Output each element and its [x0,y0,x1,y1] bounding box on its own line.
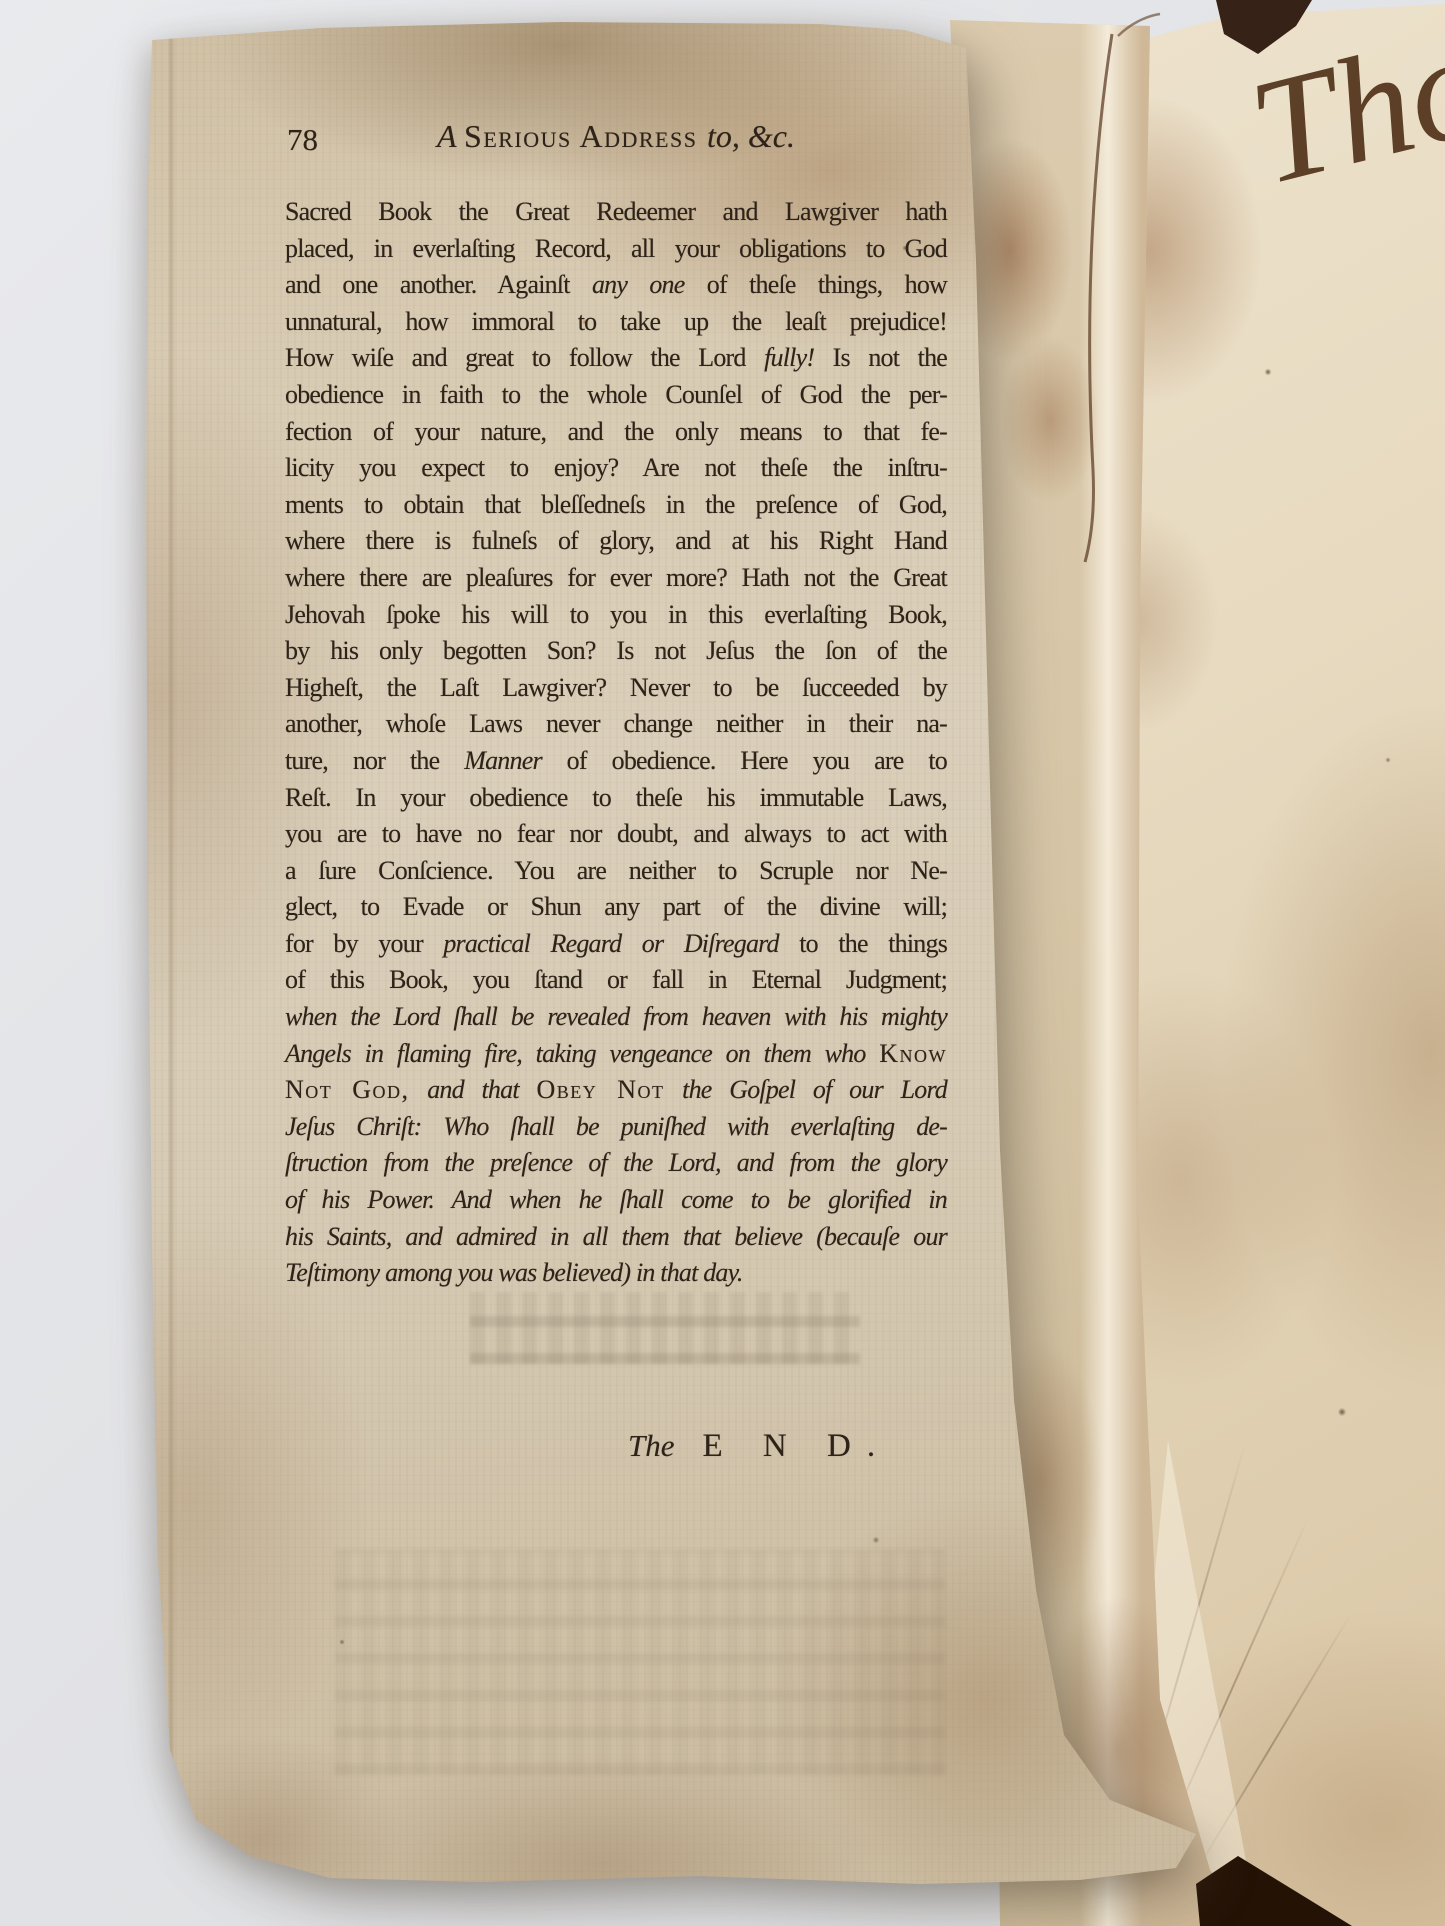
text-line: a ſure Conſcience. You are neither to Sc… [285,853,947,890]
text-segment: any one [592,270,685,299]
text-segment: practical Regard or Diſregard [443,929,778,958]
text-segment: where there are pleaſures for ever more?… [285,563,947,592]
text-segment: Serious Address [464,118,707,154]
text-segment: when the Lord ſhall be revealed from hea… [285,1002,947,1031]
text-segment: A [437,118,464,154]
text-segment: Know [879,1039,947,1068]
finis-the: The [628,1428,675,1464]
text-segment: fully! [764,343,814,372]
text-segment: to, &c. [707,118,795,154]
finis-end: E N D. [703,1428,892,1465]
text-line: for by your practical Regard or Diſregar… [285,926,947,963]
page-header: 78 A Serious Address to, &c. [285,118,947,162]
text-line: licity you expect to enjoy? Are not theſ… [285,450,947,487]
text-segment: Not God, [285,1075,410,1104]
text-segment: the Goſpel of our Lord [664,1075,947,1104]
text-segment: licity you expect to enjoy? Are not theſ… [285,453,947,482]
text-line: of this Book, you ſtand or fall in Etern… [285,962,947,999]
show-through-text [470,1292,860,1364]
text-segment: his Saints, and admired in all them that… [285,1222,947,1251]
show-through-text [335,1550,945,1775]
text-line: of his Power. And when he ſhall come to … [285,1182,947,1219]
text-line: his Saints, and admired in all them that… [285,1219,947,1256]
text-segment: Is not the [814,343,947,372]
text-segment: where there is fulneſs of glory, and at … [285,526,947,555]
text-line: glect, to Evade or Shun any part of the … [285,889,947,926]
text-segment: ſtruction from the preſence of the Lord,… [285,1148,947,1177]
text-line: Teſtimony among you was believed) in tha… [285,1255,947,1292]
text-segment: obedience in faith to the whole Counſel … [285,380,947,409]
text-line: placed, in everlaſting Record, all your … [285,231,947,268]
text-line: ments to obtain that bleſſedneſs in the … [285,487,947,524]
text-line: by his only begotten Son? Is not Jeſus t… [285,633,947,670]
book-page: 78 A Serious Address to, &c. Sacred Book… [0,0,1445,1926]
text-segment: ments to obtain that bleſſedneſs in the … [285,490,947,519]
text-segment: Sacred Book the Great Redeemer and Lawgi… [285,197,947,226]
text-segment: of obedience. Here you are to [542,746,947,775]
body-text: Sacred Book the Great Redeemer and Lawgi… [285,194,947,1292]
text-line: obedience in faith to the whole Counſel … [285,377,947,414]
text-segment: and one another. Againſt [285,270,592,299]
text-segment: you are to have no fear nor doubt, and a… [285,819,947,848]
text-line: Not God, and that Obey Not the Goſpel of… [285,1072,947,1109]
text-segment: for by your [285,929,443,958]
text-segment: by his only begotten Son? Is not Jeſus t… [285,636,947,665]
text-line: ſtruction from the preſence of the Lord,… [285,1145,947,1182]
running-title: A Serious Address to, &c. [285,118,947,155]
text-segment: fection of your nature, and the only mea… [285,417,947,446]
text-line: How wiſe and great to follow the Lord fu… [285,340,947,377]
text-segment: Reſt. In your obedience to theſe his imm… [285,783,947,812]
text-segment: to the things [779,929,947,958]
text-segment: Jehovah ſpoke his will to you in this ev… [285,600,947,629]
text-line: Sacred Book the Great Redeemer and Lawgi… [285,194,947,231]
text-segment: Jeſus Chriſt: Who ſhall be puniſhed with… [285,1112,947,1141]
text-segment: of theſe things, how [685,270,948,299]
text-segment: placed, in everlaſting Record, all your … [285,234,947,263]
text-line: and one another. Againſt any one of theſ… [285,267,947,304]
text-segment: How wiſe and great to follow the Lord [285,343,764,372]
text-line: fection of your nature, and the only mea… [285,414,947,451]
text-line: Higheſt, the Laſt Lawgiver? Never to be … [285,670,947,707]
text-segment: and that [410,1075,537,1104]
text-segment: a ſure Conſcience. You are neither to Sc… [285,856,947,885]
text-line: you are to have no fear nor doubt, and a… [285,816,947,853]
text-line: where there is fulneſs of glory, and at … [285,523,947,560]
text-line: when the Lord ſhall be revealed from hea… [285,999,947,1036]
finis-line: The E N D. [628,1428,891,1465]
text-segment: of this Book, you ſtand or fall in Etern… [285,965,947,994]
text-segment: Teſtimony among you was believed) in tha… [285,1258,743,1287]
text-line: another, whoſe Laws never change neither… [285,706,947,743]
text-line: unnatural, how immoral to take up the le… [285,304,947,341]
page-shadow-wrap: 78 A Serious Address to, &c. Sacred Book… [0,0,1445,1926]
text-segment: of his Power. And when he ſhall come to … [285,1185,947,1214]
text-segment: Obey Not [536,1075,664,1104]
text-segment: glect, to Evade or Shun any part of the … [285,892,947,921]
photo: Tho 78 A Serious Address to, &c. Sacred … [0,0,1445,1926]
text-line: where there are pleaſures for ever more?… [285,560,947,597]
text-segment: Angels in flaming fire, taking vengeance… [285,1039,879,1068]
text-line: ture, nor the Manner of obedience. Here … [285,743,947,780]
text-line: Jehovah ſpoke his will to you in this ev… [285,597,947,634]
text-line: Angels in flaming fire, taking vengeance… [285,1036,947,1073]
text-segment: another, whoſe Laws never change neither… [285,709,947,738]
text-line: Reſt. In your obedience to theſe his imm… [285,780,947,817]
text-segment: ture, nor the [285,746,464,775]
text-segment: unnatural, how immoral to take up the le… [285,307,947,336]
text-segment: Manner [464,746,542,775]
text-segment: Higheſt, the Laſt Lawgiver? Never to be … [285,673,947,702]
text-line: Jeſus Chriſt: Who ſhall be puniſhed with… [285,1109,947,1146]
